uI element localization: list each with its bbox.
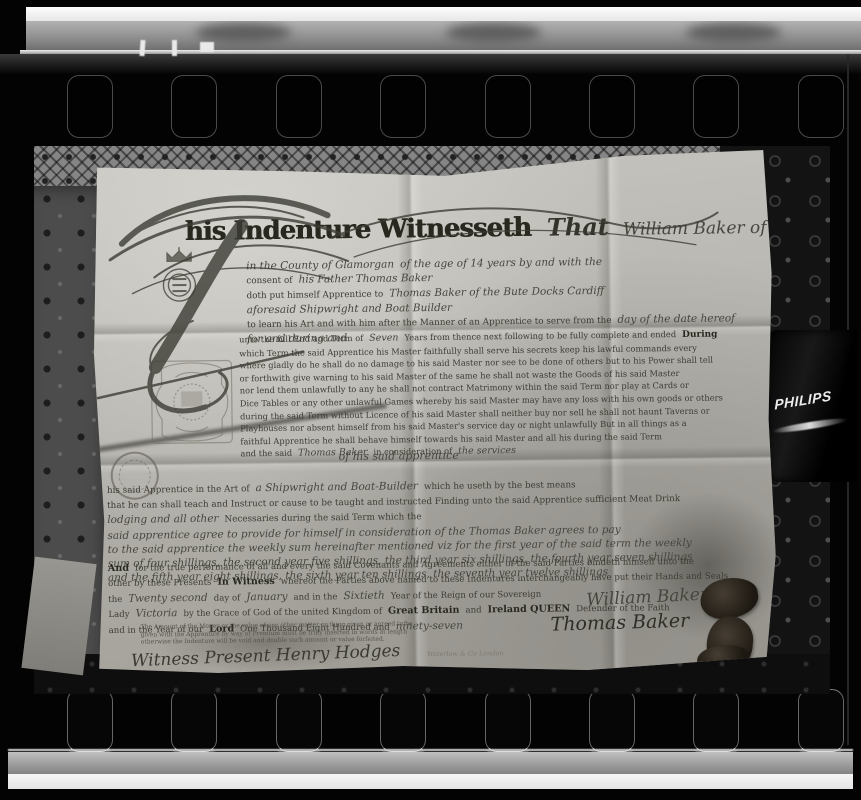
film-edge-shadow: [0, 54, 861, 74]
film-bottom-edge-highlight: [8, 749, 853, 751]
lightbox-top-highlight: [26, 7, 861, 21]
handwritten-text: a Shipwright and Boat-Builder: [256, 480, 418, 494]
printed-text: doth put himself Apprentice to: [246, 290, 383, 302]
handwritten-text: of the age of 14 years by and with the: [400, 256, 602, 270]
lightbox-top-bar: [26, 21, 861, 50]
film-sprocket-hole: [485, 689, 531, 752]
film-sprocket-hole: [67, 75, 113, 138]
printed-text: Lady: [108, 610, 129, 620]
film-sprocket-hole: [693, 689, 739, 752]
film-sprocket-hole: [589, 689, 635, 752]
film-sprocket-hole: [380, 689, 426, 752]
gothic-text: In Witness: [217, 576, 275, 588]
printed-text: Years from thence next following to be f…: [404, 329, 676, 342]
handwritten-text: Seven: [369, 332, 398, 343]
printed-text: day of: [214, 593, 241, 603]
handwritten-text: Victoria: [136, 607, 178, 620]
embossed-revenue-stamp: [149, 354, 234, 449]
reflection-smudge: [196, 23, 291, 43]
handwritten-text: Sixtieth: [343, 589, 384, 602]
handwritten-text: Twenty second: [128, 592, 208, 605]
handwritten-text: day of the date hereof: [617, 312, 735, 325]
printed-text: by the Grace of God of the united Kingdo…: [183, 607, 382, 619]
handwritten-text: his Father Thomas Baker: [298, 272, 432, 286]
lightbox-bottom-highlight: [8, 774, 853, 789]
signature-thomas-baker: Thomas Baker: [550, 610, 689, 636]
handwritten-text: the services: [458, 445, 516, 457]
film-sprocket-hole: [589, 75, 635, 138]
reflection-smudge: [446, 23, 541, 43]
printed-text: his said Apprentice in the Art of: [107, 484, 250, 496]
printed-text: other by these Presents: [108, 578, 211, 589]
heading-gothic-text: his Indenture Witnesseth: [185, 213, 532, 247]
film-sprocket-hole: [693, 75, 739, 138]
handwritten-text: January: [246, 591, 287, 604]
gothic-text: During: [682, 330, 717, 340]
printer-imprint: Waterlow & Co London: [427, 649, 504, 658]
film-sprocket-hole: [171, 689, 217, 752]
film-frame-photograph: PHILIPS: [0, 0, 861, 800]
printed-text: and the said: [240, 448, 292, 459]
scratch-mark: [172, 40, 177, 56]
indenture-document: his Indenture WitnessethThatWilliam Bake…: [89, 148, 779, 678]
covenants-paragraph: unto the full End and Term ofSevenYears …: [239, 326, 773, 460]
film-sprocket-hole: [798, 689, 844, 752]
printed-text: Necessaries during the said Term which t…: [224, 513, 421, 525]
film-sprocket-hole: [276, 75, 322, 138]
handwritten-text: lodging and all other: [107, 513, 218, 526]
printed-text: and in the: [293, 592, 337, 603]
film-sprocket-hole: [171, 75, 217, 138]
film-sprocket-hole: [276, 689, 322, 752]
royal-crest-emblem: [154, 247, 205, 318]
lightbox-bottom-bar: [8, 752, 853, 774]
film-sprocket-hole: [380, 75, 426, 138]
gothic-text: And: [108, 563, 129, 574]
philips-device: PHILIPS: [766, 330, 858, 482]
scratch-mark: [200, 42, 214, 52]
reflection-smudge: [686, 23, 781, 43]
apprentice-line: of his said apprentice: [338, 449, 458, 463]
printed-text: Year of the Reign of our Sovereign: [391, 590, 542, 602]
printed-text: and: [465, 606, 481, 616]
gothic-text: Great Britain: [388, 605, 460, 617]
printed-text: the: [108, 595, 122, 605]
printed-text: which he useth by the best means: [424, 480, 576, 492]
heading-that: That: [547, 212, 609, 242]
film-sprocket-hole: [485, 75, 531, 138]
film-sprocket-hole: [798, 75, 844, 138]
philips-logo: PHILIPS: [774, 387, 832, 412]
document-heading: his Indenture WitnessethThatWilliam Bake…: [185, 209, 832, 247]
printed-text: unto the full End and Term of: [239, 333, 363, 345]
glare-highlight: [772, 416, 848, 435]
film-sprocket-hole: [67, 689, 113, 752]
printed-text: consent of: [246, 276, 292, 287]
handwritten-text: Thomas Baker of the Bute Docks Cardiff: [389, 285, 604, 300]
